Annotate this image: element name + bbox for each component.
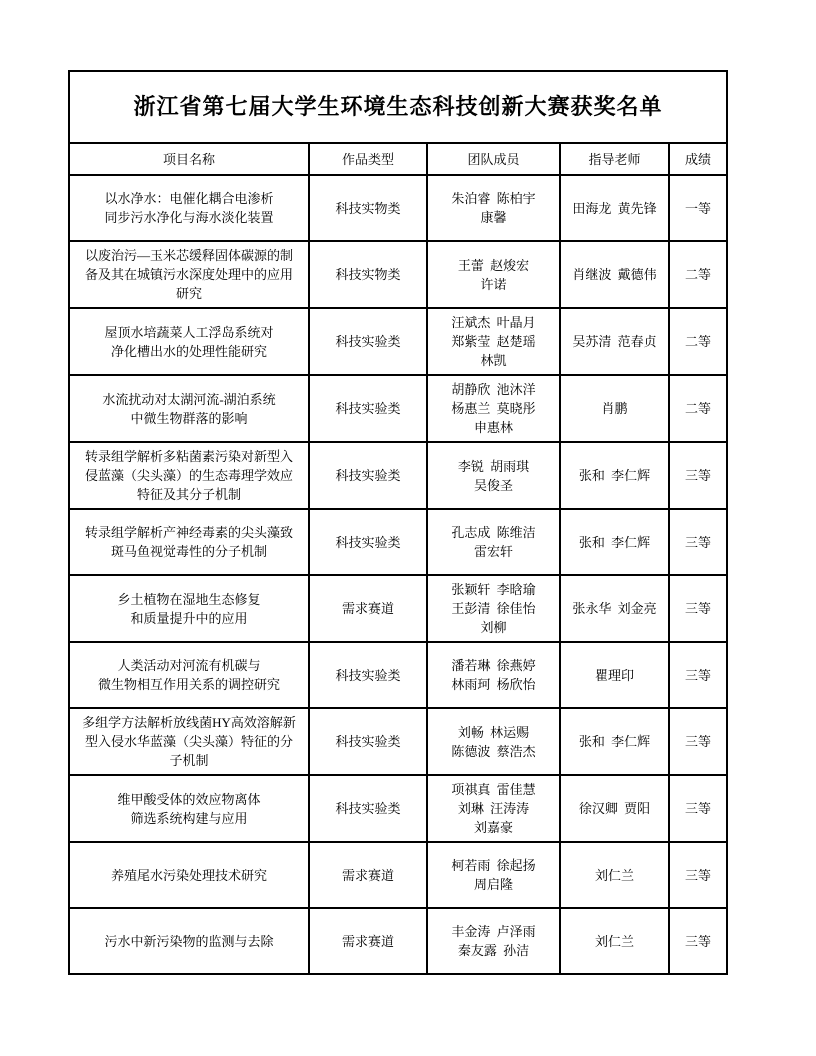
project-name-cell: 人类活动对河流有机碳与 微生物相互作用关系的调控研究 <box>69 642 309 708</box>
column-header-project-name: 项目名称 <box>69 143 309 175</box>
advisors-cell: 张和 李仁辉 <box>560 509 669 575</box>
advisors-cell: 张和 李仁辉 <box>560 442 669 509</box>
page-title: 浙江省第七届大学生环境生态科技创新大赛获奖名单 <box>69 71 727 143</box>
advisors-cell: 田海龙 黄先锋 <box>560 175 669 241</box>
work-type-cell: 科技实验类 <box>309 509 427 575</box>
project-name-cell: 污水中新污染物的监测与去除 <box>69 908 309 974</box>
team-members-cell: 项祺真 雷佳慧 刘琳 汪涛涛 刘嘉豪 <box>427 775 560 842</box>
team-members-cell: 柯若雨 徐起扬 周启隆 <box>427 842 560 908</box>
table-row: 水流扰动对太湖河流-湖泊系统 中微生物群落的影响 科技实验类 胡静欣 池沐洋 杨… <box>69 375 727 442</box>
grade-cell: 三等 <box>669 575 727 642</box>
project-name-cell: 以废治污—玉米芯缓释固体碳源的制 备及其在城镇污水深度处理中的应用 研究 <box>69 241 309 308</box>
team-members-cell: 李锐 胡雨琪 吴俊圣 <box>427 442 560 509</box>
project-name-cell: 乡土植物在湿地生态修复 和质量提升中的应用 <box>69 575 309 642</box>
work-type-cell: 需求赛道 <box>309 575 427 642</box>
team-members-cell: 朱泊睿 陈柏宇 康馨 <box>427 175 560 241</box>
team-members-cell: 张颖轩 李晗瑜 王彭清 徐佳怡 刘柳 <box>427 575 560 642</box>
team-members-cell: 胡静欣 池沐洋 杨惠兰 莫晓彤 申惠林 <box>427 375 560 442</box>
grade-cell: 三等 <box>669 442 727 509</box>
column-header-grade: 成绩 <box>669 143 727 175</box>
title-row: 浙江省第七届大学生环境生态科技创新大赛获奖名单 <box>69 71 727 143</box>
grade-cell: 二等 <box>669 308 727 375</box>
work-type-cell: 需求赛道 <box>309 908 427 974</box>
column-header-team-members: 团队成员 <box>427 143 560 175</box>
table-row: 污水中新污染物的监测与去除 需求赛道 丰金涛 卢泽雨 秦友露 孙洁 刘仁兰 三等 <box>69 908 727 974</box>
table-row: 人类活动对河流有机碳与 微生物相互作用关系的调控研究 科技实验类 潘若琳 徐燕婷… <box>69 642 727 708</box>
table-row: 转录组学解析多粘菌素污染对新型入 侵蓝藻（尖头藻）的生态毒理学效应 特征及其分子… <box>69 442 727 509</box>
advisors-cell: 刘仁兰 <box>560 842 669 908</box>
grade-cell: 三等 <box>669 842 727 908</box>
work-type-cell: 科技实验类 <box>309 708 427 775</box>
table-row: 转录组学解析产神经毒素的尖头藻致 斑马鱼视觉毒性的分子机制 科技实验类 孔志成 … <box>69 509 727 575</box>
project-name-cell: 维甲酸受体的效应物离体 筛选系统构建与应用 <box>69 775 309 842</box>
work-type-cell: 科技实验类 <box>309 442 427 509</box>
grade-cell: 三等 <box>669 642 727 708</box>
table-body: 以水净水：电催化耦合电渗析 同步污水净化与海水淡化装置 科技实物类 朱泊睿 陈柏… <box>69 175 727 974</box>
table-row: 以水净水：电催化耦合电渗析 同步污水净化与海水淡化装置 科技实物类 朱泊睿 陈柏… <box>69 175 727 241</box>
table-row: 乡土植物在湿地生态修复 和质量提升中的应用 需求赛道 张颖轩 李晗瑜 王彭清 徐… <box>69 575 727 642</box>
header-row: 项目名称 作品类型 团队成员 指导老师 成绩 <box>69 143 727 175</box>
award-table: 浙江省第七届大学生环境生态科技创新大赛获奖名单 项目名称 作品类型 团队成员 指… <box>68 70 728 975</box>
grade-cell: 三等 <box>669 775 727 842</box>
table-row: 养殖尾水污染处理技术研究 需求赛道 柯若雨 徐起扬 周启隆 刘仁兰 三等 <box>69 842 727 908</box>
team-members-cell: 王蕾 赵焌宏 许诺 <box>427 241 560 308</box>
work-type-cell: 科技实验类 <box>309 308 427 375</box>
team-members-cell: 潘若琳 徐燕婷 林雨珂 杨欣怡 <box>427 642 560 708</box>
team-members-cell: 刘畅 林运赐 陈德波 蔡浩杰 <box>427 708 560 775</box>
work-type-cell: 科技实物类 <box>309 175 427 241</box>
table-row: 维甲酸受体的效应物离体 筛选系统构建与应用 科技实验类 项祺真 雷佳慧 刘琳 汪… <box>69 775 727 842</box>
project-name-cell: 屋顶水培蔬菜人工浮岛系统对 净化槽出水的处理性能研究 <box>69 308 309 375</box>
grade-cell: 一等 <box>669 175 727 241</box>
table-row: 屋顶水培蔬菜人工浮岛系统对 净化槽出水的处理性能研究 科技实验类 汪斌杰 叶晶月… <box>69 308 727 375</box>
advisors-cell: 徐汉卿 贾阳 <box>560 775 669 842</box>
project-name-cell: 养殖尾水污染处理技术研究 <box>69 842 309 908</box>
team-members-cell: 孔志成 陈维洁 雷宏轩 <box>427 509 560 575</box>
team-members-cell: 汪斌杰 叶晶月 郑紫莹 赵楚瑶 林凯 <box>427 308 560 375</box>
work-type-cell: 科技实验类 <box>309 375 427 442</box>
work-type-cell: 需求赛道 <box>309 842 427 908</box>
document-page: 浙江省第七届大学生环境生态科技创新大赛获奖名单 项目名称 作品类型 团队成员 指… <box>0 0 816 1056</box>
grade-cell: 三等 <box>669 509 727 575</box>
advisors-cell: 刘仁兰 <box>560 908 669 974</box>
advisors-cell: 肖鹏 <box>560 375 669 442</box>
project-name-cell: 转录组学解析多粘菌素污染对新型入 侵蓝藻（尖头藻）的生态毒理学效应 特征及其分子… <box>69 442 309 509</box>
work-type-cell: 科技实验类 <box>309 775 427 842</box>
grade-cell: 三等 <box>669 908 727 974</box>
column-header-work-type: 作品类型 <box>309 143 427 175</box>
team-members-cell: 丰金涛 卢泽雨 秦友露 孙洁 <box>427 908 560 974</box>
advisors-cell: 张和 李仁辉 <box>560 708 669 775</box>
project-name-cell: 转录组学解析产神经毒素的尖头藻致 斑马鱼视觉毒性的分子机制 <box>69 509 309 575</box>
table-row: 以废治污—玉米芯缓释固体碳源的制 备及其在城镇污水深度处理中的应用 研究 科技实… <box>69 241 727 308</box>
project-name-cell: 多组学方法解析放线菌HY高效溶解新 型入侵水华蓝藻（尖头藻）特征的分 子机制 <box>69 708 309 775</box>
work-type-cell: 科技实验类 <box>309 642 427 708</box>
grade-cell: 二等 <box>669 241 727 308</box>
grade-cell: 二等 <box>669 375 727 442</box>
project-name-cell: 以水净水：电催化耦合电渗析 同步污水净化与海水淡化装置 <box>69 175 309 241</box>
advisors-cell: 吴苏清 范春贞 <box>560 308 669 375</box>
advisors-cell: 肖继波 戴德伟 <box>560 241 669 308</box>
advisors-cell: 张永华 刘金亮 <box>560 575 669 642</box>
grade-cell: 三等 <box>669 708 727 775</box>
project-name-cell: 水流扰动对太湖河流-湖泊系统 中微生物群落的影响 <box>69 375 309 442</box>
advisors-cell: 瞿理印 <box>560 642 669 708</box>
column-header-advisors: 指导老师 <box>560 143 669 175</box>
work-type-cell: 科技实物类 <box>309 241 427 308</box>
table-row: 多组学方法解析放线菌HY高效溶解新 型入侵水华蓝藻（尖头藻）特征的分 子机制 科… <box>69 708 727 775</box>
